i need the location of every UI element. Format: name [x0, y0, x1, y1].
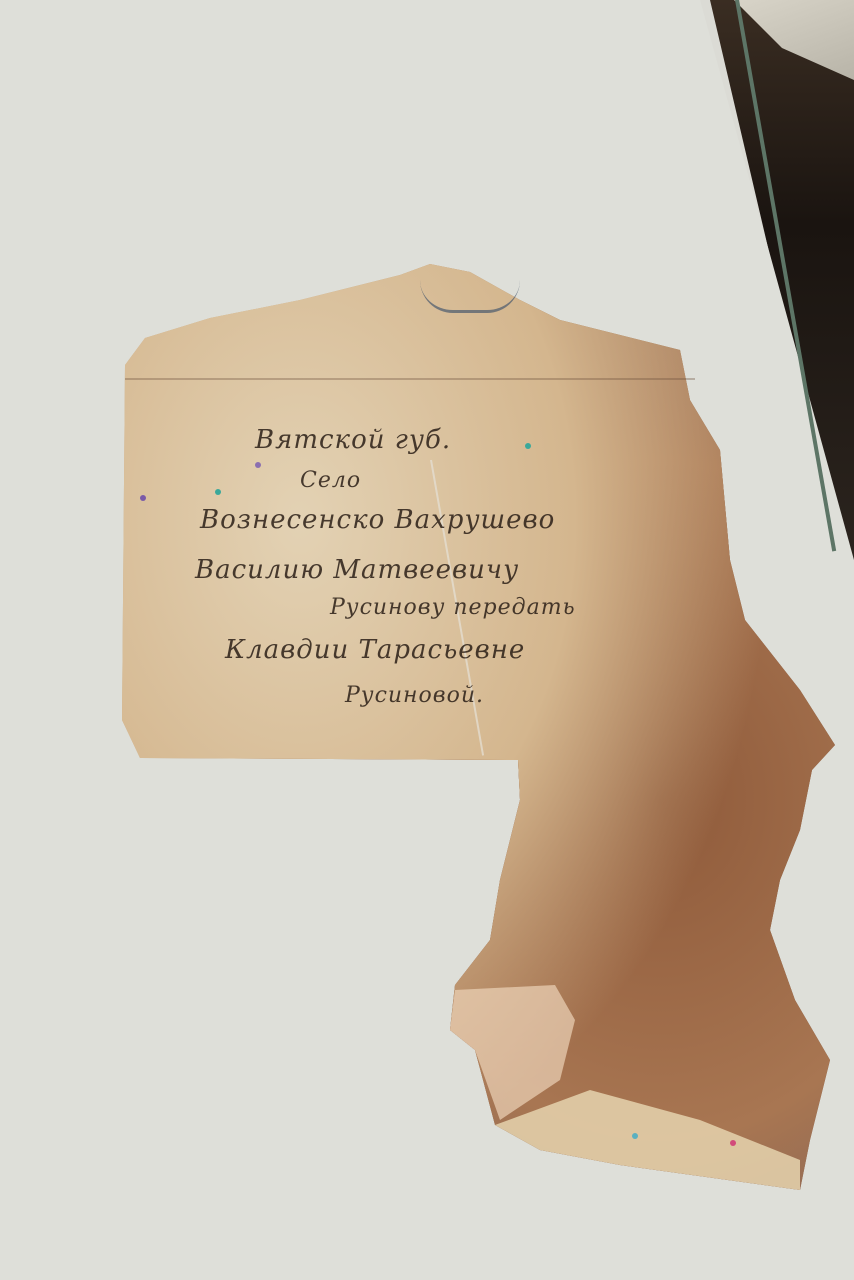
address-line-2: Село	[300, 468, 361, 493]
ink-speck	[730, 1140, 736, 1146]
ink-speck	[632, 1133, 638, 1139]
address-line-6: Клавдии Тарасьевне	[225, 635, 525, 665]
address-line-1: Вятской губ.	[255, 425, 451, 455]
ink-speck	[140, 495, 146, 501]
photo-scene: Вятской губ. Село Вознесенско Вахрушево …	[0, 0, 854, 1280]
address-line-5: Русинову передать	[330, 595, 576, 620]
address-line-7: Русиновой.	[345, 683, 484, 708]
ink-speck	[215, 489, 221, 495]
address-line-4: Василию Матвеевичу	[195, 555, 519, 585]
handwritten-address: Вятской губ. Село Вознесенско Вахрушево …	[0, 0, 854, 1280]
ink-speck	[525, 443, 531, 449]
ink-speck	[255, 462, 261, 468]
address-line-3: Вознесенско Вахрушево	[200, 505, 555, 535]
